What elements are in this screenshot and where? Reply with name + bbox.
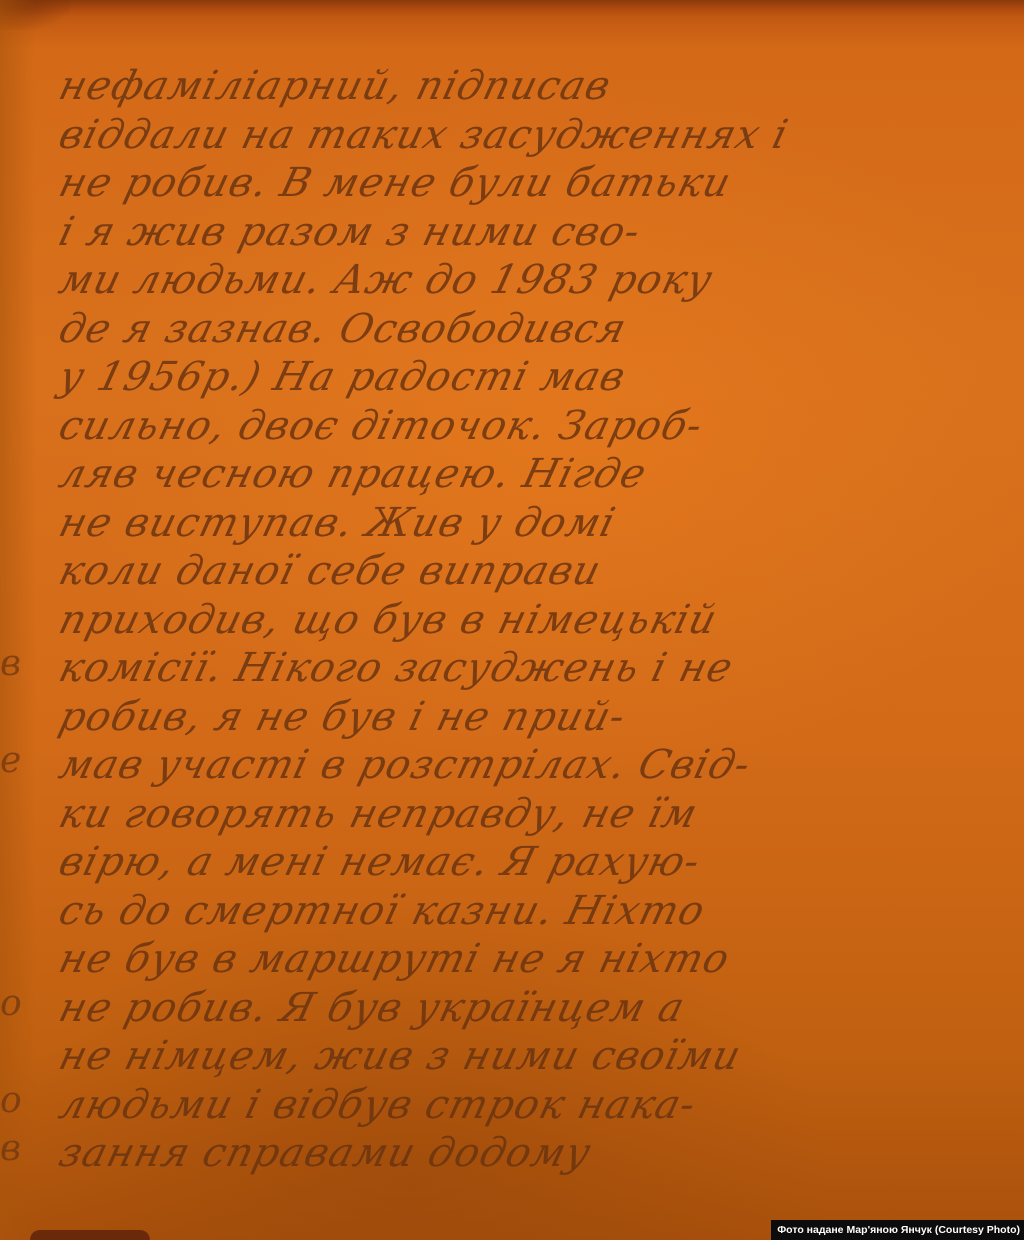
photo-credit: Фото надане Мар'яною Янчук (Courtesy Pho… (771, 1220, 1024, 1240)
bottom-edge-shadow (30, 1230, 150, 1240)
handwritten-line: де я зазнав. Освободився (54, 305, 1024, 354)
handwritten-line: комісії. Нікого засуджень і не (54, 644, 1024, 693)
handwritten-line: не був в маршруті не я ніхто (54, 935, 1024, 984)
handwritten-line: робив, я не був і не прий- (54, 693, 1024, 742)
page-top-shadow (0, 0, 1024, 16)
handwritten-line: у 1956р.) На радості мав (54, 353, 1024, 402)
handwritten-line: приходив, що був в німецькій (54, 596, 1024, 645)
margin-mark: о (0, 980, 30, 1029)
handwritten-line: віддали на таких засудженнях і (54, 111, 1024, 160)
adjacent-page-margin-text: в е о о в (0, 640, 30, 1174)
handwritten-line: зання справами додому (54, 1129, 1024, 1178)
handwritten-text: нефаміліарний, підписав віддали на таких… (60, 62, 1020, 1178)
handwritten-line: і я жив разом з ними сво- (54, 208, 1024, 257)
handwritten-line: не виступав. Жив у домі (54, 499, 1024, 548)
margin-mark: в (0, 1125, 30, 1174)
handwritten-line: коли даної себе виправи (54, 547, 1024, 596)
handwritten-line: сильно, двоє діточок. Зароб- (54, 402, 1024, 451)
handwritten-line: вірю, а мені немає. Я рахую- (54, 838, 1024, 887)
handwritten-line: ми людьми. Аж до 1983 року (54, 256, 1024, 305)
margin-mark (0, 689, 30, 738)
handwritten-line: людьми і відбув строк нака- (54, 1081, 1024, 1130)
margin-mark: в (0, 640, 30, 689)
margin-mark (0, 931, 30, 980)
handwritten-letter-photo: в е о о в нефаміліарний, підписав віддал… (0, 0, 1024, 1240)
handwritten-line: сь до смертної казни. Ніхто (54, 887, 1024, 936)
margin-mark (0, 786, 30, 835)
handwritten-line: мав участі в розстрілах. Свід- (54, 741, 1024, 790)
handwritten-line: ки говорять неправду, не їм (54, 790, 1024, 839)
margin-mark (0, 883, 30, 932)
handwritten-line: не робив. Я був українцем а (54, 984, 1024, 1033)
margin-mark (0, 834, 30, 883)
margin-mark: е (0, 737, 30, 786)
handwritten-line: ляв чесною працею. Нігде (54, 450, 1024, 499)
margin-mark: о (0, 1077, 30, 1126)
handwritten-line: не німцем, жив з ними своїми (54, 1032, 1024, 1081)
handwritten-line: не робив. В мене були батьки (54, 159, 1024, 208)
handwritten-line: нефаміліарний, підписав (54, 62, 1024, 111)
margin-mark (0, 1028, 30, 1077)
